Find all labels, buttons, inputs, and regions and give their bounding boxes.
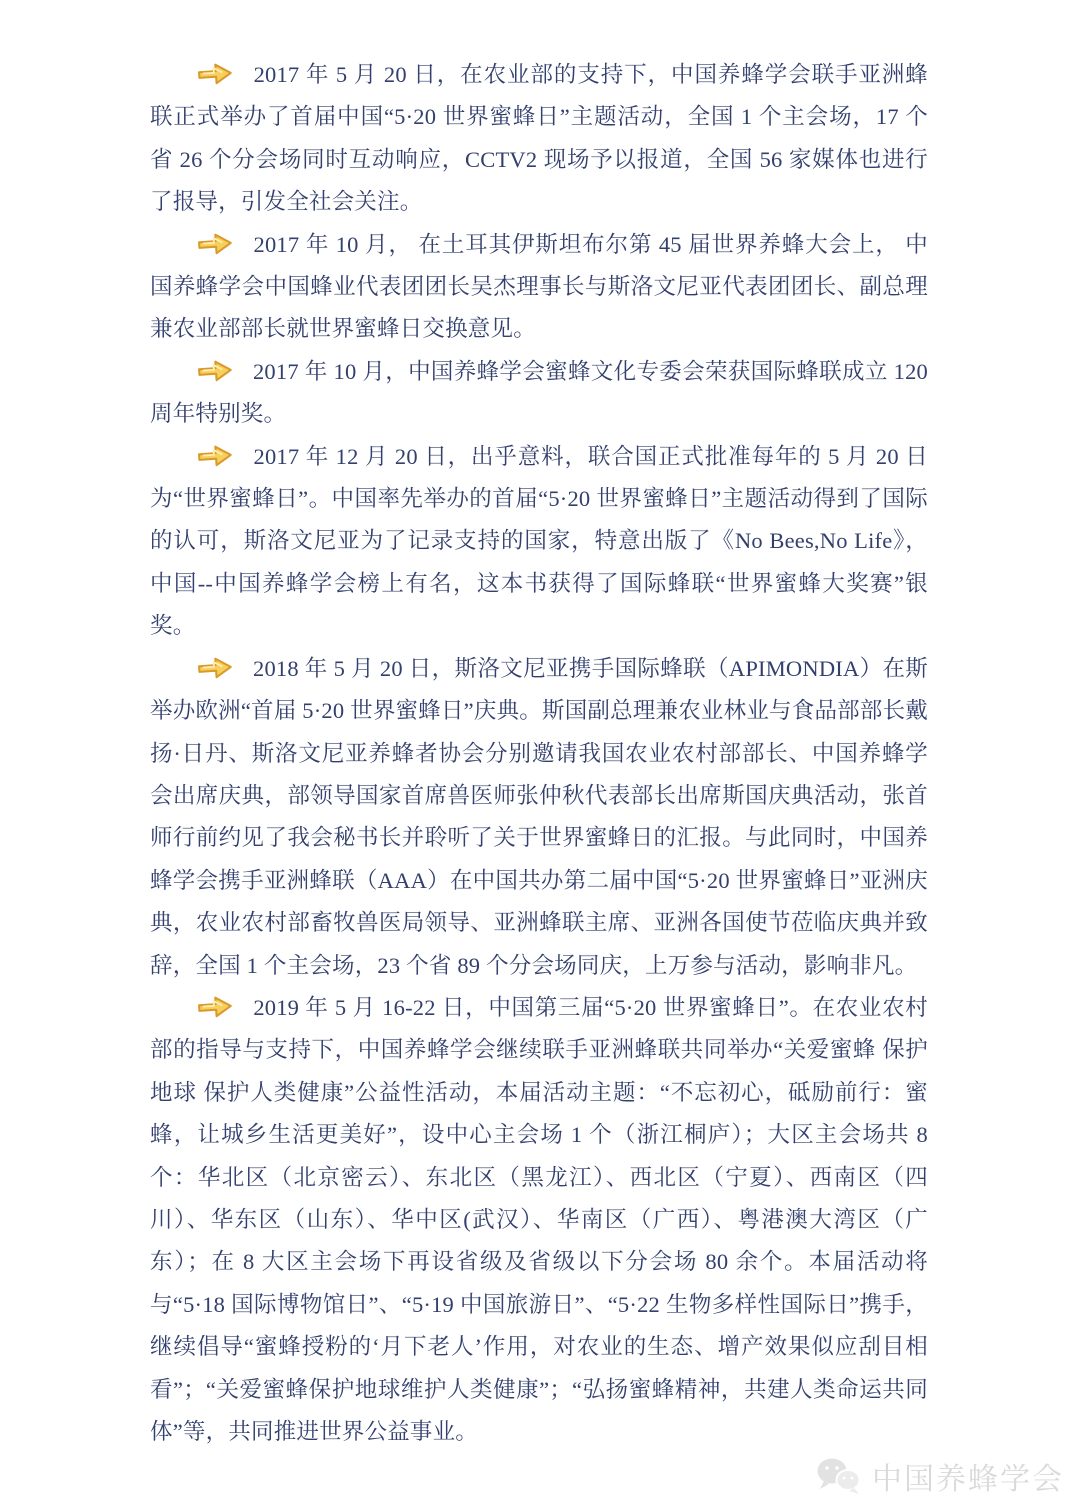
wechat-logo-icon	[815, 1456, 863, 1496]
paragraph: 2017 年 10 月，中国养蜂学会蜜蜂文化专委会荣获国际蜂联成立 120 周年…	[150, 351, 928, 436]
article-page: 2017 年 5 月 20 日，在农业部的支持下，中国养蜂学会联手亚洲蜂联正式举…	[0, 0, 1080, 1508]
article-body: 2017 年 5 月 20 日，在农业部的支持下，中国养蜂学会联手亚洲蜂联正式举…	[150, 54, 928, 1453]
paragraph: 2019 年 5 月 16-22 日，中国第三届“5·20 世界蜜蜂日”。在农业…	[150, 987, 928, 1453]
paragraph-text: 2017 年 10 月， 在土耳其伊斯坦布尔第 45 届世界养蜂大会上， 中国养…	[150, 232, 928, 342]
paragraph: 2017 年 12 月 20 日，出乎意料，联合国正式批准每年的 5 月 20 …	[150, 436, 928, 648]
paragraph: 2018 年 5 月 20 日，斯洛文尼亚携手国际蜂联（APIMONDIA）在斯…	[150, 648, 928, 987]
paragraph-text: 2017 年 12 月 20 日，出乎意料，联合国正式批准每年的 5 月 20 …	[150, 444, 928, 639]
bullet-arrow-icon	[194, 229, 236, 258]
watermark-label: 中国养蜂学会	[872, 1454, 1064, 1498]
paragraph: 2017 年 5 月 20 日，在农业部的支持下，中国养蜂学会联手亚洲蜂联正式举…	[150, 54, 928, 224]
paragraph-text: 2017 年 5 月 20 日，在农业部的支持下，中国养蜂学会联手亚洲蜂联正式举…	[150, 62, 928, 214]
bullet-arrow-icon	[194, 993, 236, 1022]
paragraph-text: 2019 年 5 月 16-22 日，中国第三届“5·20 世界蜜蜂日”。在农业…	[150, 995, 928, 1444]
paragraph: 2017 年 10 月， 在土耳其伊斯坦布尔第 45 届世界养蜂大会上， 中国养…	[150, 224, 928, 351]
bullet-arrow-icon	[194, 441, 236, 470]
bullet-arrow-icon	[194, 653, 236, 682]
paragraph-text: 2017 年 10 月，中国养蜂学会蜜蜂文化专委会荣获国际蜂联成立 120 周年…	[150, 359, 928, 426]
paragraph-text: 2018 年 5 月 20 日，斯洛文尼亚携手国际蜂联（APIMONDIA）在斯…	[150, 656, 928, 978]
watermark: 中国养蜂学会	[815, 1454, 1064, 1498]
bullet-arrow-icon	[194, 356, 236, 385]
bullet-arrow-icon	[194, 60, 236, 89]
